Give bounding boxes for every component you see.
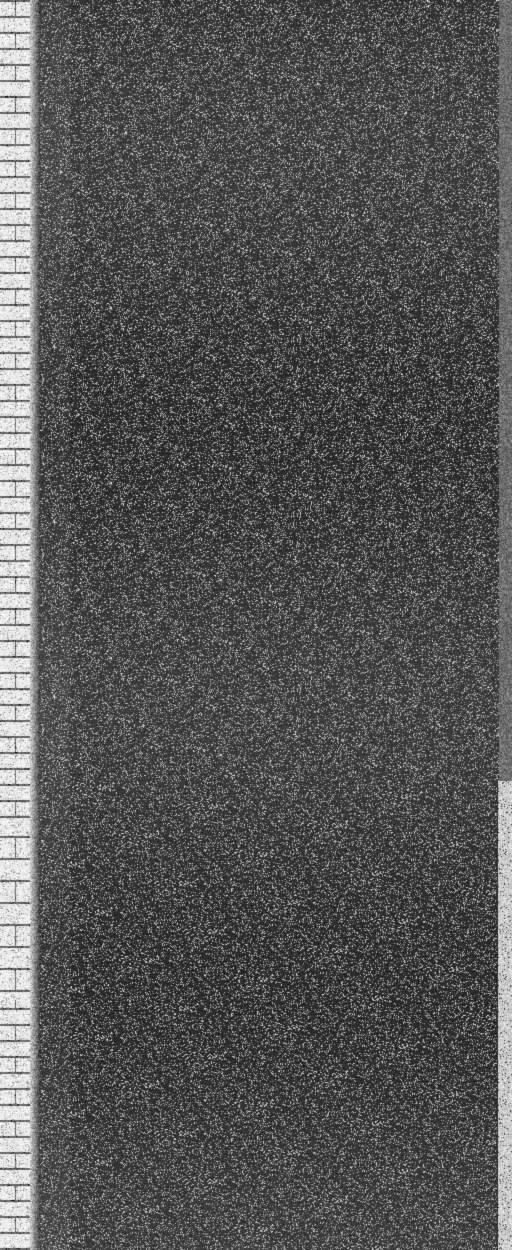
aerial-pavement-texture [0, 0, 512, 1250]
